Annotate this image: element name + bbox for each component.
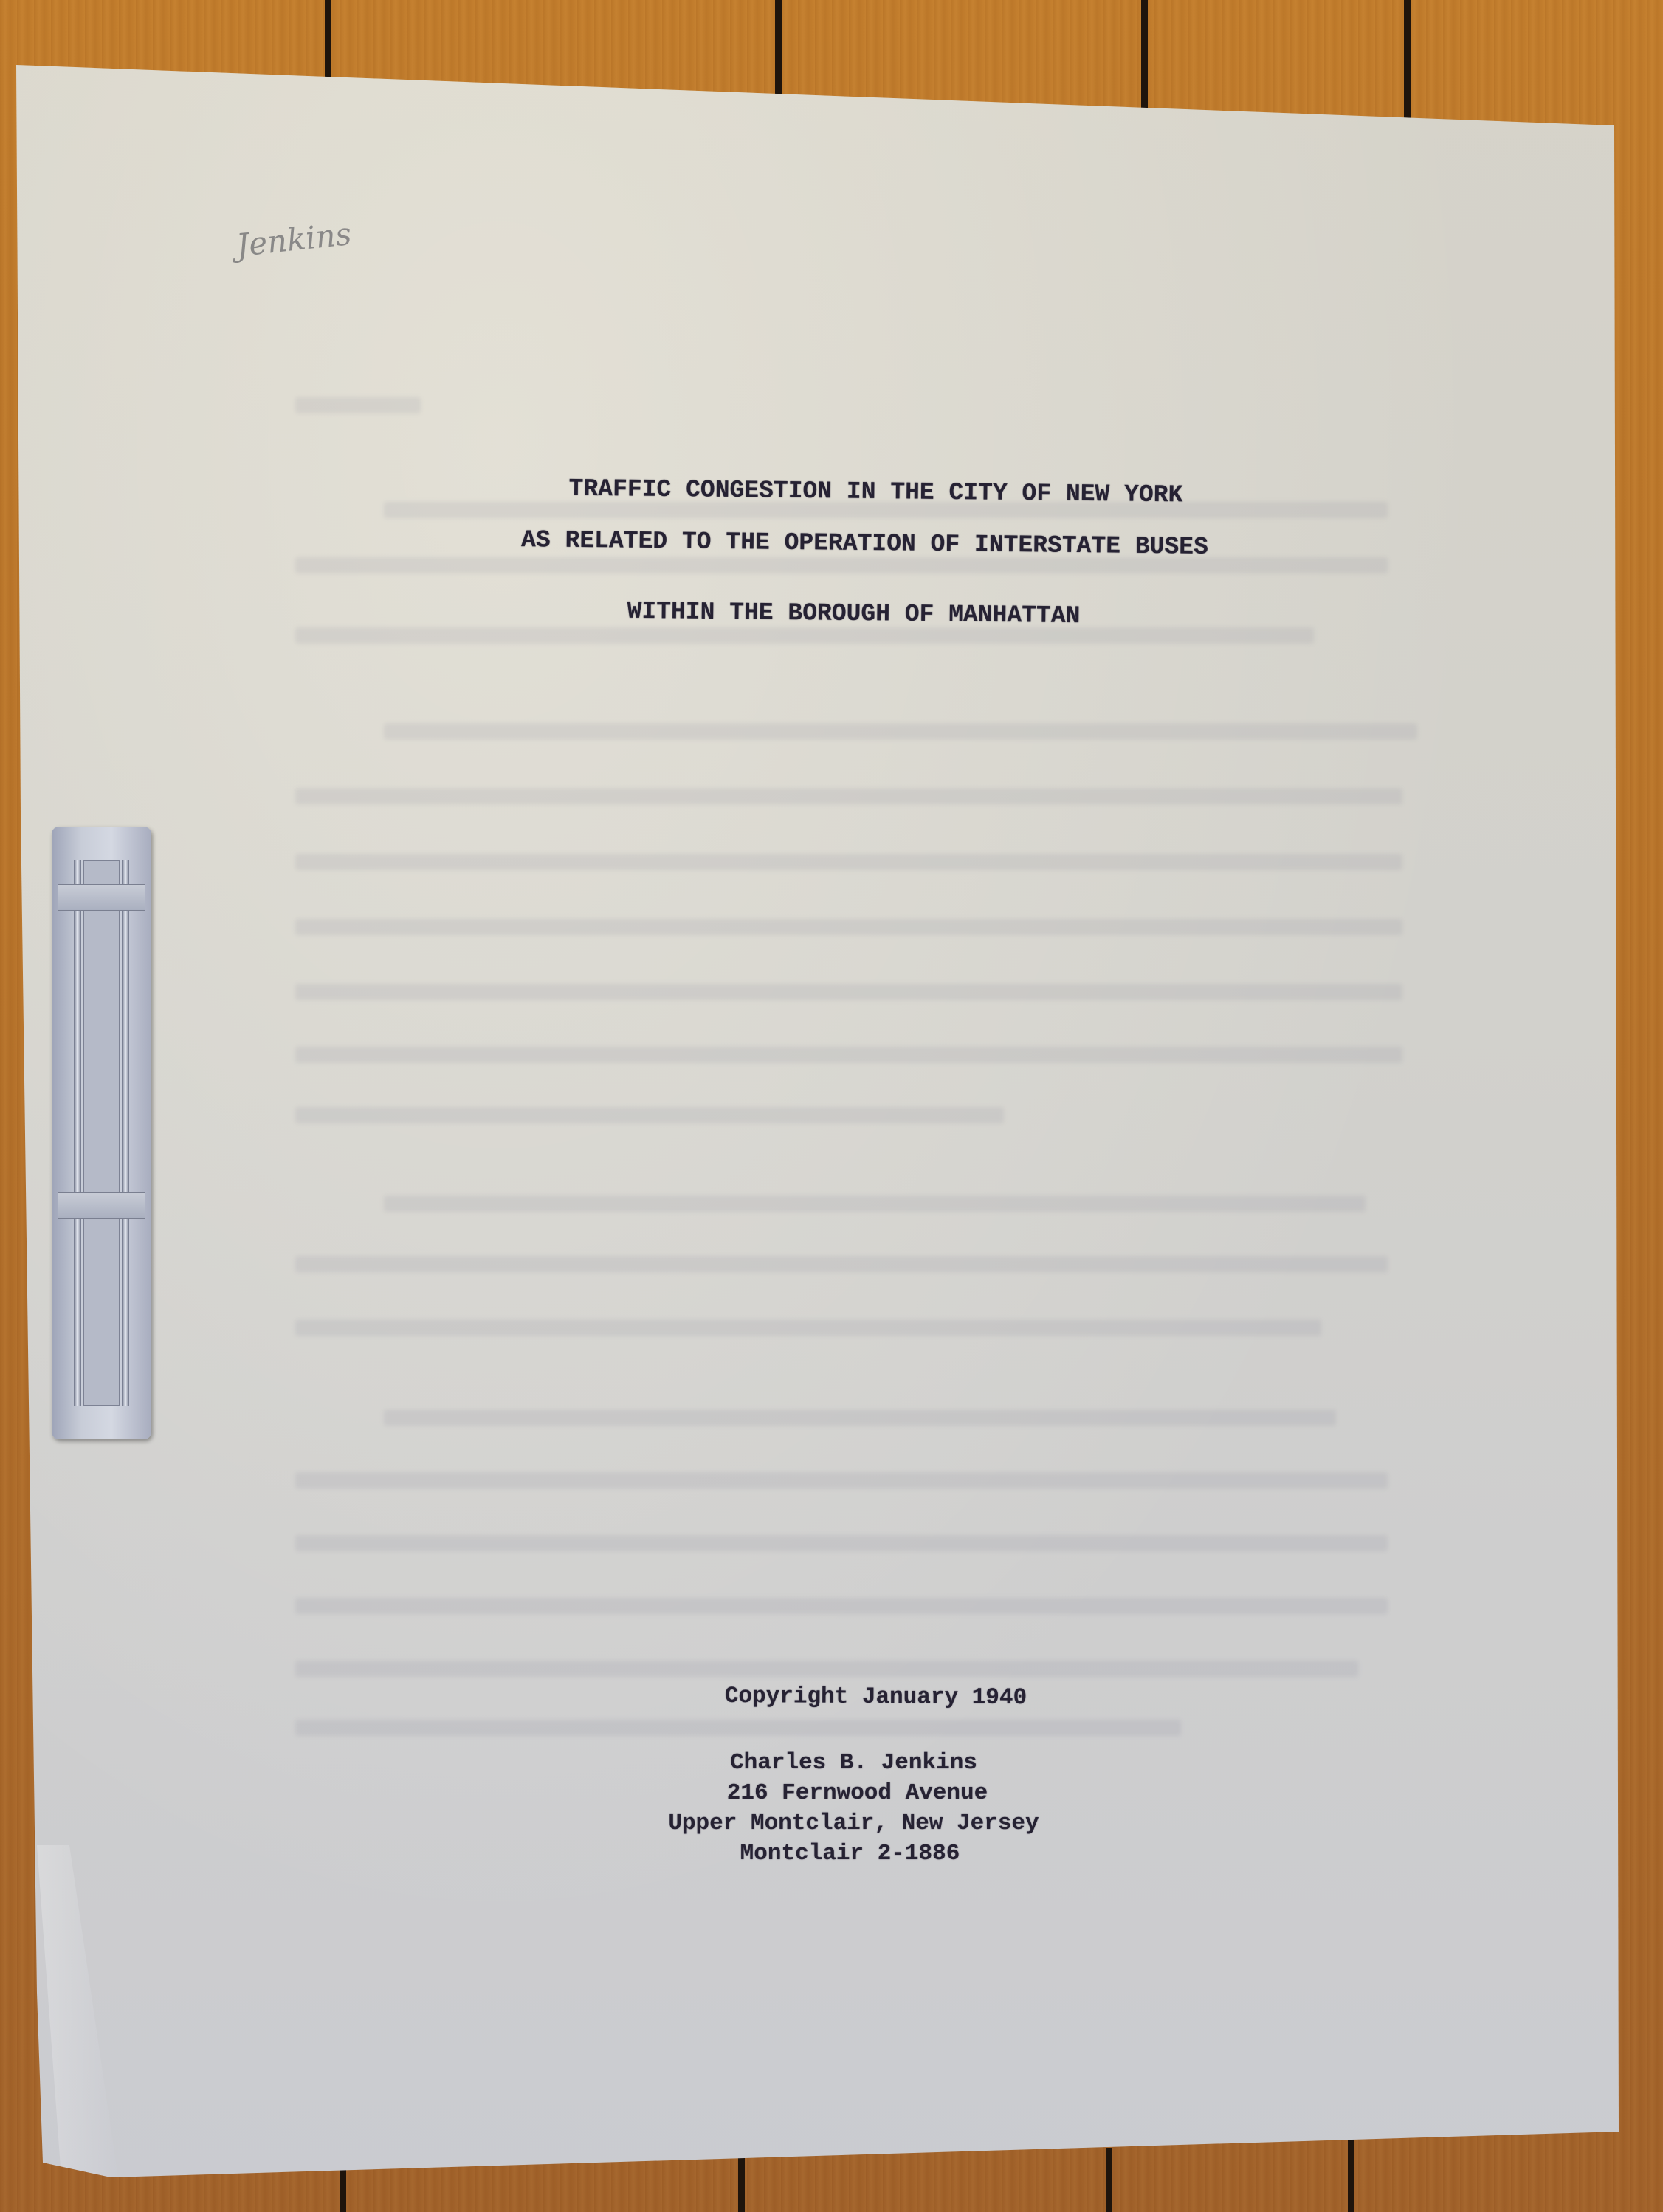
author-phone: Montclair 2-1886 <box>18 1841 1663 1867</box>
bleed-through-line <box>295 1661 1358 1677</box>
bleed-through-line <box>384 723 1417 740</box>
bleed-through-line <box>295 919 1402 935</box>
binder-rail <box>122 860 129 1406</box>
floor-seam <box>1106 2148 1112 2212</box>
floor-seam <box>1141 0 1148 111</box>
binder-band <box>58 1192 145 1219</box>
bleed-through-line <box>295 984 1402 1000</box>
binder-tongue <box>83 860 120 1406</box>
bleed-through-line <box>295 1047 1402 1063</box>
bleed-through-line <box>295 788 1402 804</box>
floor-seam <box>325 0 331 81</box>
author-street: 216 Fernwood Avenue <box>26 1780 1663 1806</box>
page-corner-fold <box>37 1845 118 2177</box>
author-name: Charles B. Jenkins <box>22 1750 1663 1776</box>
photo-stage: Jenkins TRAFFIC CONGESTION IN THE CITY O… <box>0 0 1663 2212</box>
floor-seam <box>340 2166 346 2212</box>
bleed-through-line <box>295 854 1402 870</box>
binder-band <box>58 884 145 911</box>
bleed-through-line <box>295 1472 1388 1489</box>
document-page <box>0 0 1663 2212</box>
bleed-through-line <box>295 1256 1388 1272</box>
bleed-through-line <box>295 397 421 413</box>
floor-seam <box>775 0 782 96</box>
bleed-through-line <box>295 1107 1004 1123</box>
bleed-through-line <box>384 1196 1366 1212</box>
floor-seam <box>1348 2137 1354 2212</box>
bleed-through-line <box>295 1535 1388 1551</box>
floor-seam <box>738 2155 745 2212</box>
author-city: Upper Montclair, New Jersey <box>22 1810 1663 1836</box>
bleed-through-line <box>384 1410 1336 1426</box>
bleed-through-line <box>295 1320 1321 1336</box>
bleed-through-line <box>295 1598 1388 1614</box>
metal-binder-clip-icon <box>52 827 151 1439</box>
bleed-through-line <box>295 1720 1181 1736</box>
binder-rail <box>74 860 81 1406</box>
floor-seam <box>1404 0 1411 122</box>
